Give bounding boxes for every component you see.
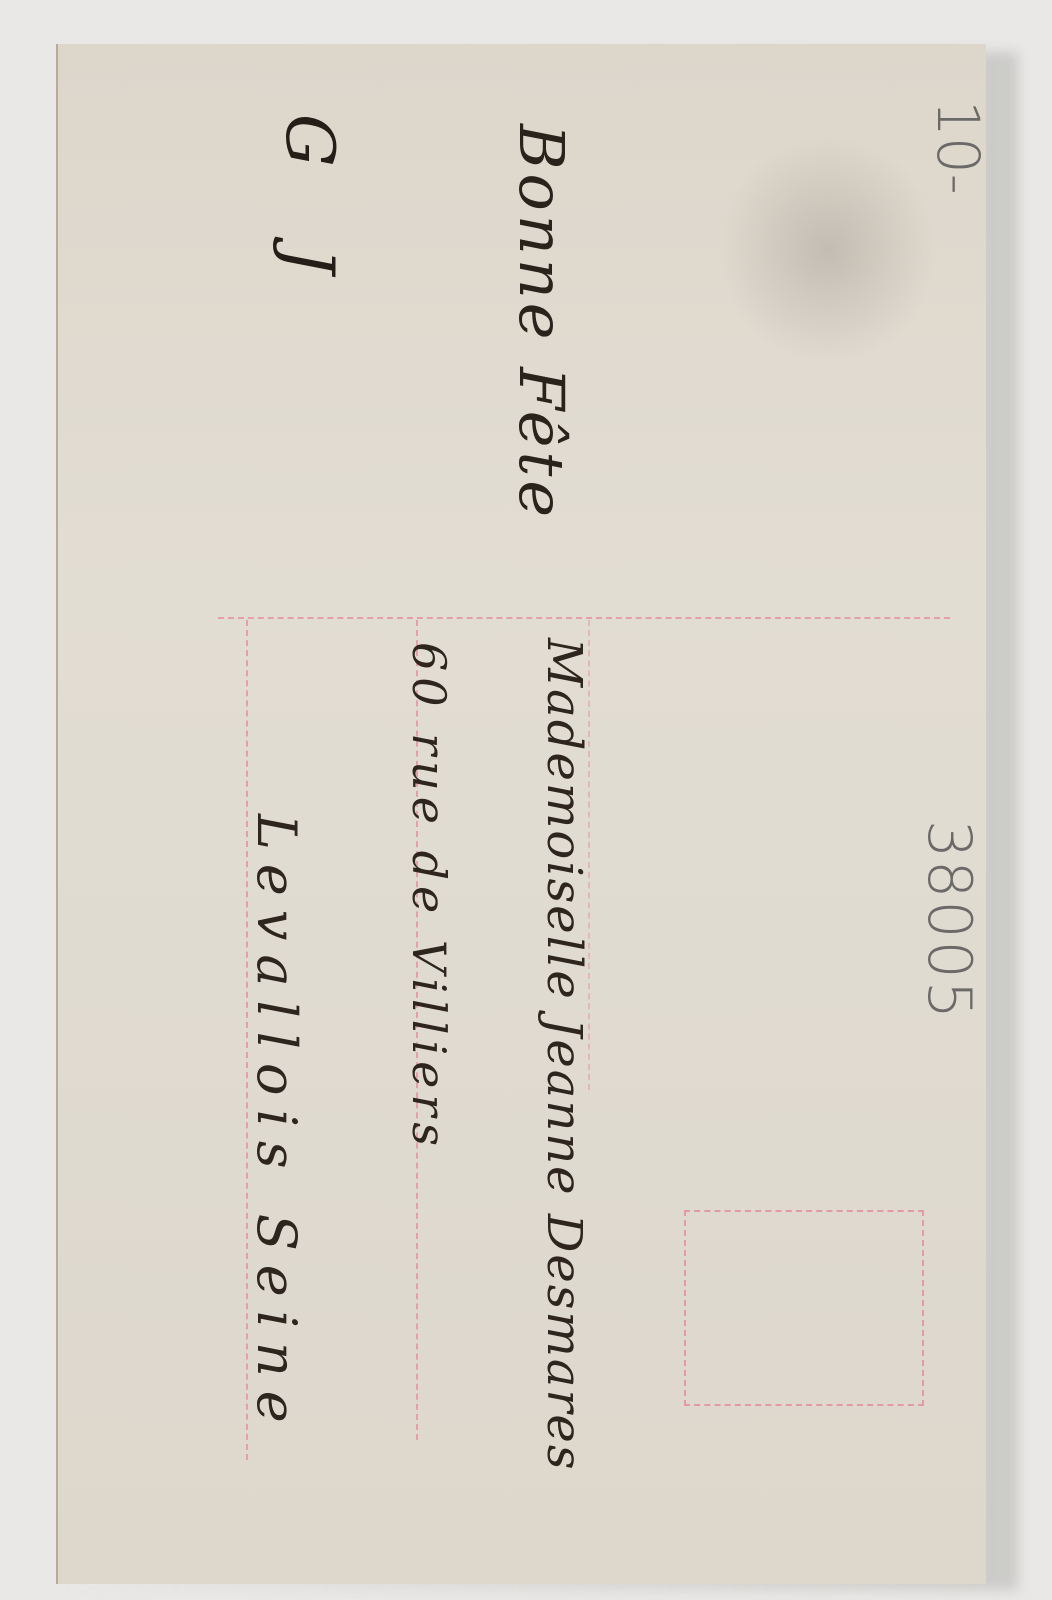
pencil-price-mark: 10- (924, 100, 992, 195)
message-signature: G J (271, 114, 348, 304)
address-line-3: Levallois Seine (245, 814, 308, 1437)
address-line-2: 60 rue de Villiers (402, 642, 456, 1152)
stamp-box (684, 1210, 924, 1406)
address-line-1: Mademoiselle Jeanne Desmares (536, 638, 592, 1471)
pencil-reference-number: 38005 (914, 820, 984, 1021)
divider-line (218, 617, 950, 619)
message-greeting: Bonne Fête (505, 124, 578, 521)
postcard-back: Bonne Fête G J Mademoiselle Jeanne Desma… (56, 44, 986, 1584)
